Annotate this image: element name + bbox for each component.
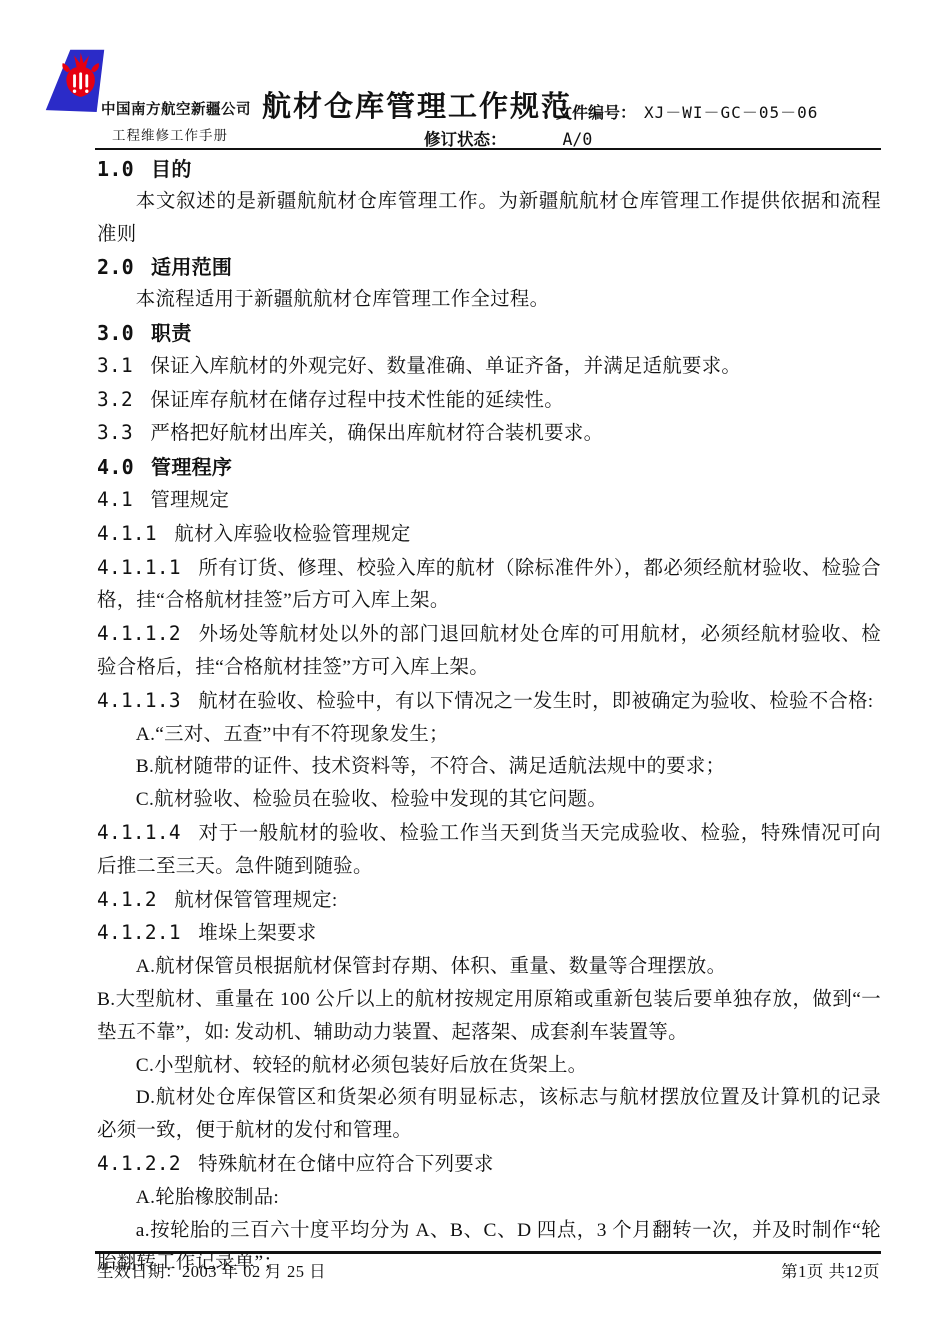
header-divider bbox=[95, 148, 881, 150]
clause-number: 3.1 bbox=[97, 354, 133, 377]
revision-status-value: A/0 bbox=[563, 130, 593, 149]
clause-number: 4.1.2.2 bbox=[97, 1152, 181, 1175]
paragraph: 3.2保证库存航材在储存过程中技术性能的延续性。 bbox=[97, 384, 881, 418]
paragraph: C.航材验收、检验员在验收、检验中发现的其它问题。 bbox=[97, 784, 881, 817]
clause-number: 4.1.1.1 bbox=[97, 556, 181, 579]
paragraph: D.航材处仓库保管区和货架必须有明显标志，该标志与航材摆放位置及计算机的记录必须… bbox=[97, 1082, 881, 1148]
clause-number: 3.0 bbox=[97, 321, 134, 345]
document-number-value: XJ－WI－GC－05－06 bbox=[644, 103, 818, 122]
clause-text: B.航材随带的证件、技术资料等，不符合、满足适航法规中的要求； bbox=[136, 756, 725, 777]
revision-status-label: 修订状态： bbox=[424, 130, 507, 149]
clause-text: 特殊航材在仓储中应符合下列要求 bbox=[198, 1154, 493, 1175]
clause-number: 4.1.1.2 bbox=[97, 622, 181, 645]
clause-number: 4.1.2.1 bbox=[97, 921, 181, 944]
paragraph: 4.1.1航材入库验收检验管理规定 bbox=[97, 518, 881, 552]
footer-divider bbox=[95, 1251, 881, 1254]
paragraph: B.航材随带的证件、技术资料等，不符合、满足适航法规中的要求； bbox=[97, 751, 881, 784]
clause-text: 保证库存航材在储存过程中技术性能的延续性。 bbox=[150, 390, 564, 411]
paragraph: 4.1.1.4对于一般航材的验收、检验工作当天到货当天完成验收、检验，特殊情况可… bbox=[97, 817, 881, 884]
clause-text: A.“三对、五查”中有不符现象发生； bbox=[136, 724, 449, 745]
page-header: 中国南方航空新疆公司 工程维修工作手册 航材仓库管理工作规范 文件编号：XJ－W… bbox=[0, 0, 950, 152]
paragraph: A.航材保管员根据航材保管封存期、体积、重量、数量等合理摆放。 bbox=[97, 951, 881, 984]
clause-number: 4.1.2 bbox=[97, 888, 157, 911]
manual-name: 工程维修工作手册 bbox=[112, 124, 228, 144]
clause-number: 2.0 bbox=[97, 255, 134, 279]
paragraph: 4.1.2航材保管管理规定: bbox=[97, 884, 881, 918]
section-heading: 1.0目的 bbox=[97, 153, 881, 186]
clause-text: 外场处等航材处以外的部门退回航材处仓库的可用航材，必须经航材验收、检验合格后，挂… bbox=[97, 624, 881, 678]
document-body: 1.0目的本文叙述的是新疆航航材仓库管理工作。为新疆航航材仓库管理工作提供依据和… bbox=[97, 153, 881, 1280]
paragraph: 4.1.1.2外场处等航材处以外的部门退回航材处仓库的可用航材，必须经航材验收、… bbox=[97, 618, 881, 685]
page-number: 第1页 共12页 bbox=[781, 1258, 880, 1282]
paragraph: 4.1.1.3航材在验收、检验中，有以下情况之一发生时，即被确定为验收、检验不合… bbox=[97, 685, 881, 719]
clause-number: 4.1.1.3 bbox=[97, 689, 181, 712]
document-number: 文件编号：XJ－WI－GC－05－06 bbox=[556, 100, 818, 123]
clause-text: 严格把好航材出库关，确保出库航材符合装机要求。 bbox=[150, 423, 603, 444]
section-heading: 2.0适用范围 bbox=[97, 251, 881, 284]
clause-text: A.航材保管员根据航材保管封存期、体积、重量、数量等合理摆放。 bbox=[136, 956, 726, 977]
clause-text: C.小型航材、较轻的航材必须包装好后放在货架上。 bbox=[136, 1055, 588, 1076]
clause-text: 职责 bbox=[151, 321, 192, 345]
airline-tail-logo-icon bbox=[42, 44, 108, 114]
revision-status: 修订状态：A/0 bbox=[424, 126, 592, 150]
paragraph: 4.1.2.2特殊航材在仓储中应符合下列要求 bbox=[97, 1148, 881, 1182]
clause-number: 4.1 bbox=[97, 488, 133, 511]
paragraph: 3.1保证入库航材的外观完好、数量准确、单证齐备，并满足适航要求。 bbox=[97, 350, 881, 384]
clause-text: D.航材处仓库保管区和货架必须有明显标志，该标志与航材摆放位置及计算机的记录必须… bbox=[97, 1087, 881, 1141]
document-title: 航材仓库管理工作规范 bbox=[262, 84, 572, 125]
clause-number: 4.0 bbox=[97, 455, 134, 479]
clause-number: 3.2 bbox=[97, 388, 133, 411]
company-name: 中国南方航空新疆公司 bbox=[101, 98, 251, 119]
clause-text: 堆垛上架要求 bbox=[198, 923, 316, 944]
clause-text: 本流程适用于新疆航航材仓库管理工作全过程。 bbox=[136, 289, 550, 310]
paragraph: 4.1.2.1堆垛上架要求 bbox=[97, 917, 881, 951]
clause-text: C.航材验收、检验员在验收、检验中发现的其它问题。 bbox=[136, 789, 607, 810]
clause-text: 航材入库验收检验管理规定 bbox=[174, 524, 410, 545]
section-heading: 4.0管理程序 bbox=[97, 451, 881, 484]
clause-text: 管理程序 bbox=[151, 455, 232, 479]
clause-text: A.轮胎橡胶制品: bbox=[136, 1187, 279, 1208]
clause-text: 本文叙述的是新疆航航材仓库管理工作。为新疆航航材仓库管理工作提供依据和流程准则 bbox=[97, 191, 881, 245]
clause-text: 所有订货、修理、校验入库的航材（除标准件外），都必须经航材验收、检验合格，挂“合… bbox=[97, 558, 881, 612]
effective-date-value: 2003 年 02 月 25 日 bbox=[182, 1262, 326, 1281]
clause-text: 航材在验收、检验中，有以下情况之一发生时，即被确定为验收、检验不合格: bbox=[198, 691, 873, 712]
paragraph: A.“三对、五查”中有不符现象发生； bbox=[97, 719, 881, 752]
clause-text: 适用范围 bbox=[151, 255, 232, 279]
clause-number: 1.0 bbox=[97, 157, 134, 181]
clause-text: 管理规定 bbox=[150, 490, 229, 511]
paragraph: 4.1管理规定 bbox=[97, 484, 881, 518]
clause-number: 4.1.1 bbox=[97, 522, 157, 545]
clause-text: 保证入库航材的外观完好、数量准确、单证齐备，并满足适航要求。 bbox=[150, 356, 741, 377]
document-page: 中国南方航空新疆公司 工程维修工作手册 航材仓库管理工作规范 文件编号：XJ－W… bbox=[0, 0, 950, 1344]
paragraph: 4.1.1.1所有订货、修理、校验入库的航材（除标准件外），都必须经航材验收、检… bbox=[97, 552, 881, 619]
effective-date: 生效日期：2003 年 02 月 25 日 bbox=[97, 1258, 326, 1282]
paragraph: 本文叙述的是新疆航航材仓库管理工作。为新疆航航材仓库管理工作提供依据和流程准则 bbox=[97, 186, 881, 252]
section-heading: 3.0职责 bbox=[97, 317, 881, 350]
paragraph: 3.3严格把好航材出库关，确保出库航材符合装机要求。 bbox=[97, 417, 881, 451]
clause-text: 航材保管管理规定: bbox=[174, 890, 337, 911]
clause-text: 目的 bbox=[151, 157, 192, 181]
paragraph: 本流程适用于新疆航航材仓库管理工作全过程。 bbox=[97, 284, 881, 317]
paragraph: B.大型航材、重量在 100 公斤以上的航材按规定用原箱或重新包装后要单独存放，… bbox=[97, 984, 881, 1050]
clause-number: 4.1.1.4 bbox=[97, 821, 181, 844]
effective-date-label: 生效日期： bbox=[97, 1262, 182, 1281]
clause-text: 对于一般航材的验收、检验工作当天到货当天完成验收、检验，特殊情况可向后推二至三天… bbox=[97, 823, 881, 877]
paragraph: C.小型航材、较轻的航材必须包装好后放在货架上。 bbox=[97, 1050, 881, 1083]
clause-text: B.大型航材、重量在 100 公斤以上的航材按规定用原箱或重新包装后要单独存放，… bbox=[97, 989, 881, 1043]
document-number-label: 文件编号： bbox=[556, 103, 636, 122]
paragraph: A.轮胎橡胶制品: bbox=[97, 1182, 881, 1215]
clause-number: 3.3 bbox=[97, 421, 133, 444]
